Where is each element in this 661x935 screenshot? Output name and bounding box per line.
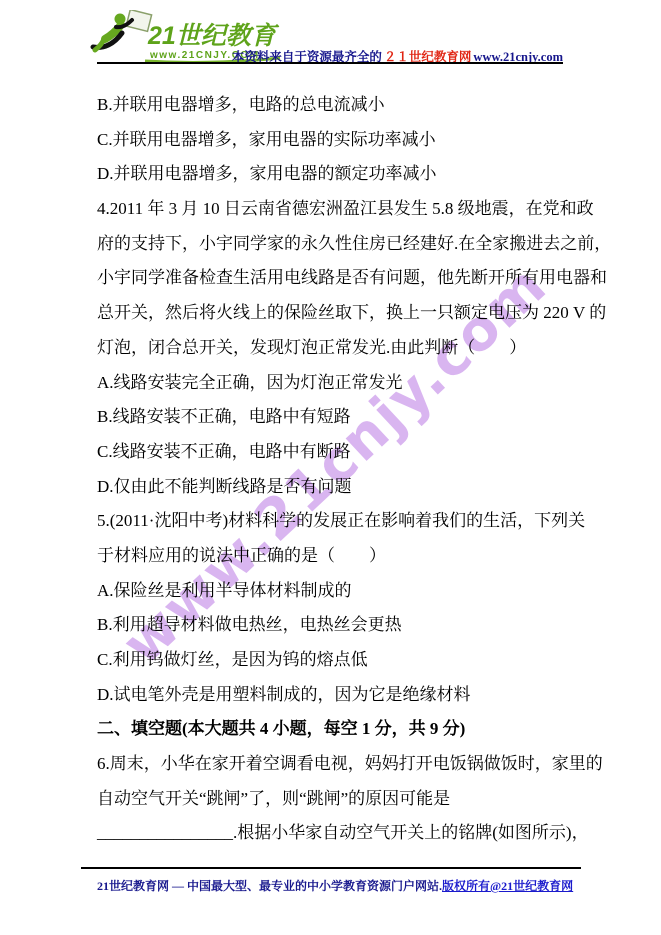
text-line: B.线路安装不正确，电路中有短路 (97, 400, 567, 435)
text-line: D.试电笔外壳是用塑料制成的，因为它是绝缘材料 (97, 678, 567, 713)
text-line: D.仅由此不能判断线路是否有问题 (97, 470, 567, 505)
text-line: C.利用钨做灯丝，是因为钨的熔点低 (97, 643, 567, 678)
text-line: A.保险丝是利用半导体材料制成的 (97, 574, 567, 609)
text-line: 自动空气开关“跳闸”了，则“跳闸”的原因可能是 (97, 782, 567, 817)
footer-site-text: 21世纪教育网 — 中国最大型、最专业的中小学教育资源门户网站. (97, 877, 442, 894)
text-line: B.利用超导材料做电热丝，电热丝会更热 (97, 608, 567, 643)
text-line: 4.2011 年 3 月 10 日云南省德宏洲盈江县发生 5.8 级地震，在党和… (97, 192, 567, 227)
text-line: 6.周末，小华在家开着空调看电视，妈妈打开电饭锅做饭时，家里的 (97, 747, 567, 782)
text-line: C.线路安装不正确，电路中有断路 (97, 435, 567, 470)
copyright-link[interactable]: 版权所有@21世纪教育网 (442, 877, 573, 894)
header-divider (97, 62, 563, 64)
text-line: B.并联用电器增多，电路的总电流减小 (97, 88, 567, 123)
text-line: 于材料应用的说法中正确的是（ ） (97, 539, 567, 574)
footer-divider (81, 867, 581, 869)
question-content: B.并联用电器增多，电路的总电流减小C.并联用电器增多，家用电器的实际功率减小D… (97, 88, 567, 851)
text-line: A.线路安装完全正确，因为灯泡正常发光 (97, 366, 567, 401)
text-line: ________________.根据小华家自动空气开关上的铭牌(如图所示)， (97, 816, 567, 851)
text-line: 灯泡，闭合总开关，发现灯泡正常发光.由此判断（ ） (97, 331, 567, 366)
logo-brand-text: 21世纪教育 (147, 22, 280, 50)
text-line: 总开关，然后将火线上的保险丝取下，换上一只额定电压为 220 V 的 (97, 296, 567, 331)
text-line: C.并联用电器增多，家用电器的实际功率减小 (97, 123, 567, 158)
footer: 21世纪教育网 — 中国最大型、最专业的中小学教育资源门户网站. 版权所有@21… (97, 877, 565, 894)
text-line: 小宇同学准备检查生活用电线路是否有问题，他先断开所有用电器和 (97, 261, 567, 296)
document-page: 21世纪教育 www.21CNJY.COM 本资料来自于资源最齐全的２１世纪教育… (0, 0, 661, 935)
text-line: D.并联用电器增多，家用电器的额定功率减小 (97, 157, 567, 192)
text-line: 5.(2011·沈阳中考)材料科学的发展正在影响着我们的生活，下列关 (97, 504, 567, 539)
text-line: 二、填空题(本大题共 4 小题，每空 1 分，共 9 分) (97, 712, 567, 747)
text-line: 府的支持下，小宇同学家的永久性住房已经建好.在全家搬进去之前， (97, 227, 567, 262)
